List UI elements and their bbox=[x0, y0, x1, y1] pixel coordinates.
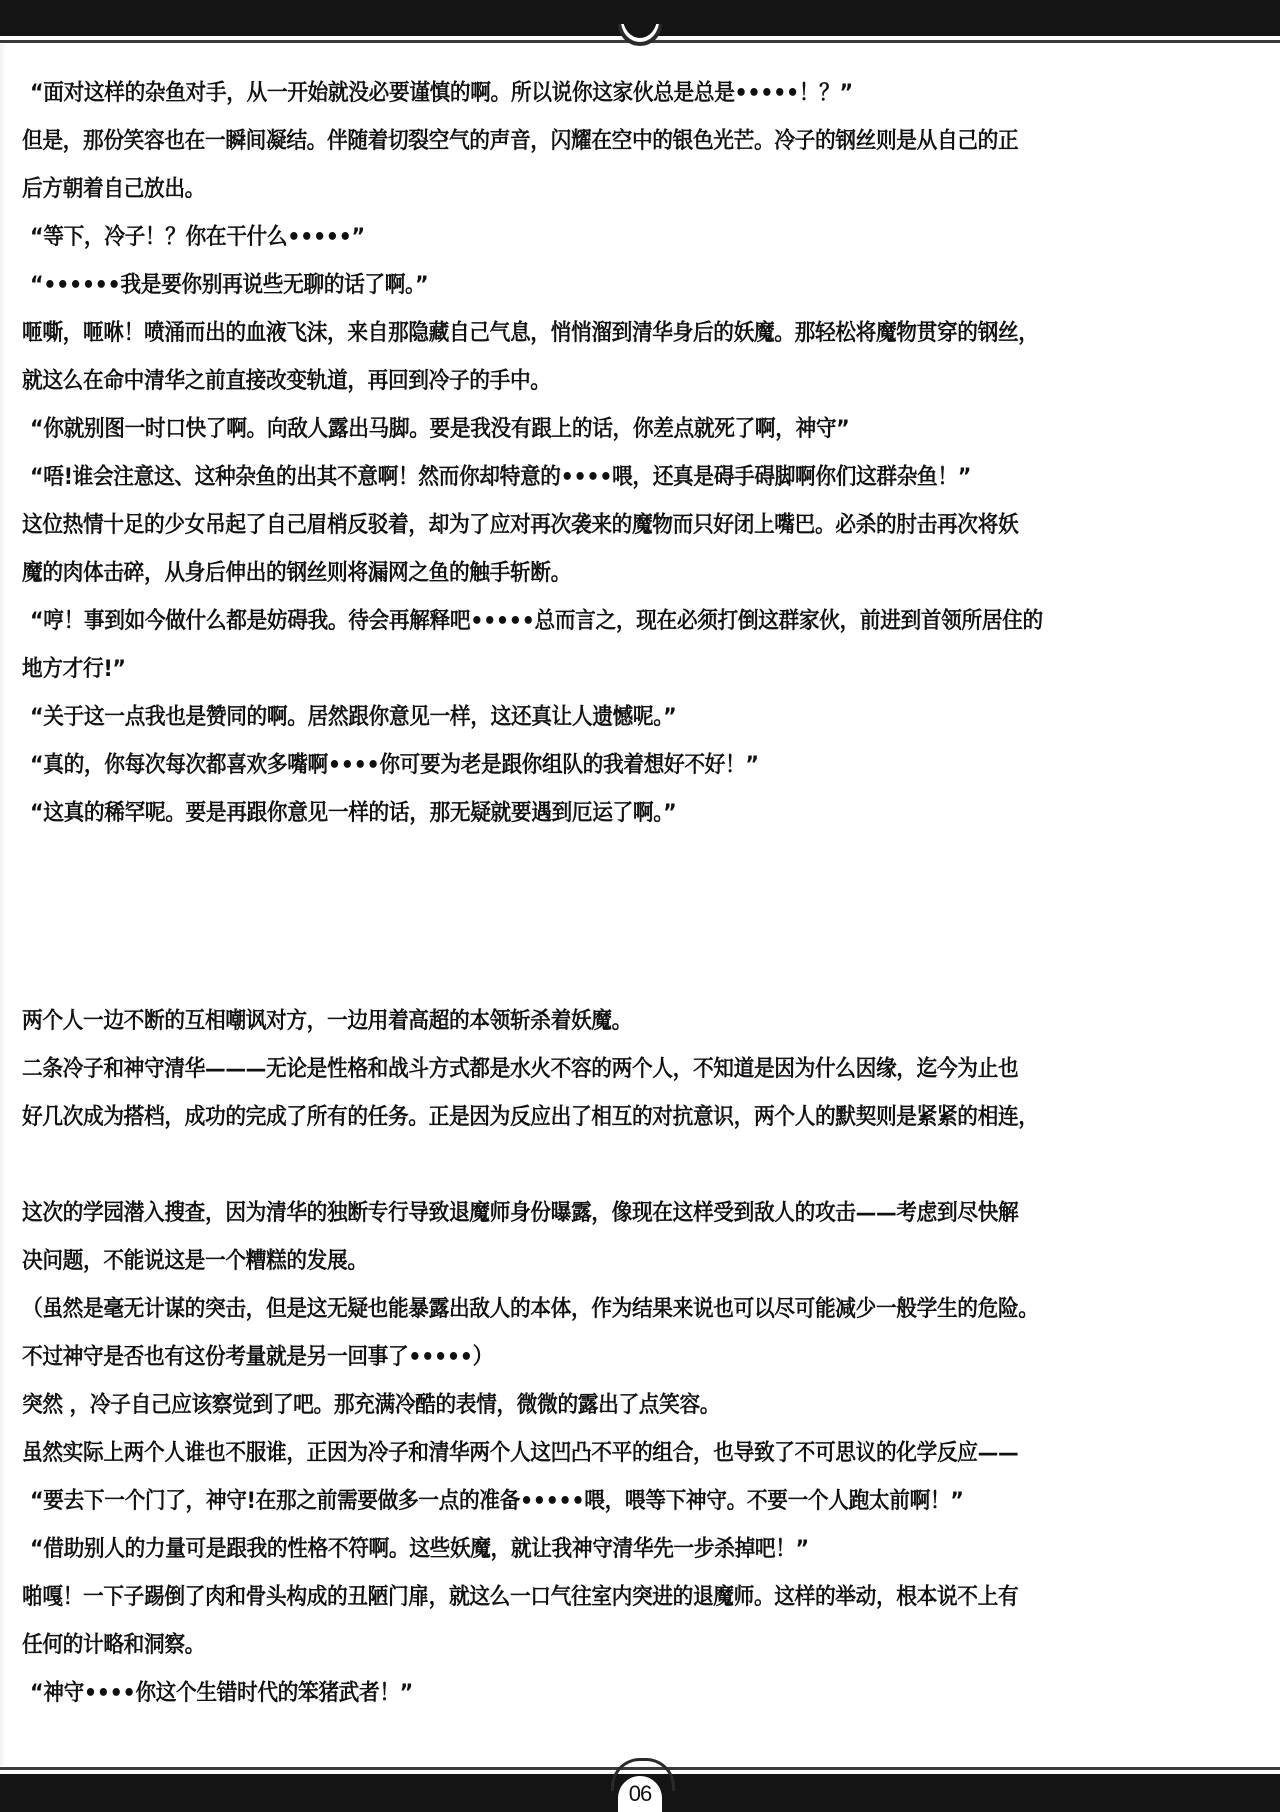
text-line: “哼！事到如今做什么都是妨碍我。待会再解释吧•••••总而言之，现在必须打倒这群… bbox=[30, 606, 1043, 636]
text-line: 这次的学园潜入搜查，因为清华的独断专行导致退魔师身份曝露，像现在这样受到敌人的攻… bbox=[22, 1198, 1018, 1228]
text-line: 就这么在命中清华之前直接改变轨道，再回到冷子的手中。 bbox=[22, 366, 551, 396]
text-line: “等下，冷子！？你在干什么•••••” bbox=[30, 222, 365, 252]
text-line: 但是，那份笑容也在一瞬间凝结。伴随着切裂空气的声音，闪耀在空中的银色光芒。冷子的… bbox=[22, 126, 1018, 156]
text-line: （虽然是毫无计谋的突击，但是这无疑也能暴露出敌人的本体，作为结果来说也可以尽可能… bbox=[22, 1294, 1039, 1324]
text-line: 突然 ，冷子自己应该察觉到了吧。那充满冷酷的表情，微微的露出了点笑容。 bbox=[22, 1390, 720, 1420]
text-line: 地方才行!” bbox=[22, 654, 126, 684]
text-line: 不过神守是否也有这份考量就是另一回事了•••••） bbox=[22, 1342, 493, 1372]
text-line: 魔的肉体击碎，从身后伸出的钢丝则将漏网之鱼的触手斩断。 bbox=[22, 558, 571, 588]
scan-edge-shadow bbox=[0, 44, 6, 1766]
text-line: 后方朝着自己放出。 bbox=[22, 174, 205, 204]
text-line: “要去下一个门了，神守!在那之前需要做多一点的准备•••••喂，喂等下神守。不要… bbox=[30, 1486, 963, 1516]
text-line: “这真的稀罕呢。要是再跟你意见一样的话，那无疑就要遇到厄运了啊。” bbox=[30, 798, 676, 828]
text-line: “真的，你每次每次都喜欢多嘴啊••••你可要为老是跟你组队的我着想好不好！” bbox=[30, 750, 759, 780]
text-line: 啪嘎！一下子踢倒了肉和骨头构成的丑陋门扉，就这么一口气往室内突进的退魔师。这样的… bbox=[22, 1582, 1018, 1612]
text-line: “唔!谁会注意这、这种杂鱼的出其不意啊！然而你却特意的••••喂，还真是碍手碍脚… bbox=[30, 462, 971, 492]
text-line: 好几次成为搭档，成功的完成了所有的任务。正是因为反应出了相互的对抗意识，两个人的… bbox=[22, 1102, 1039, 1132]
page-number: 06 bbox=[618, 1776, 662, 1812]
text-line: 任何的计略和洞察。 bbox=[22, 1630, 205, 1660]
text-line: “你就别图一时口快了啊。向敌人露出马脚。要是我没有跟上的话，你差点就死了啊，神守… bbox=[30, 414, 849, 444]
text-line: 咂嘶，咂咻！喷涌而出的血液飞沫，来自那隐藏自己气息，悄悄溜到清华身后的妖魔。那轻… bbox=[22, 318, 1039, 348]
text-line: 虽然实际上两个人谁也不服谁，正因为冷子和清华两个人这凹凸不平的组合，也导致了不可… bbox=[22, 1438, 1018, 1468]
text-line: 这位热情十足的少女吊起了自己眉梢反驳着，却为了应对再次袭来的魔物而只好闭上嘴巴。… bbox=[22, 510, 1018, 540]
text-line: 二条冷子和神守清华———无论是性格和战斗方式都是水火不容的两个人，不知道是因为什… bbox=[22, 1054, 1018, 1084]
text-line: 两个人一边不断的互相嘲讽对方，一边用着高超的本领斩杀着妖魔。 bbox=[22, 1006, 632, 1036]
text-line: “神守••••你这个生错时代的笨猪武者！” bbox=[30, 1678, 413, 1708]
text-line: 决问题，不能说这是一个糟糕的发展。 bbox=[22, 1246, 368, 1276]
header-ornament-icon bbox=[610, 24, 670, 50]
text-line: “借助别人的力量可是跟我的性格不符啊。这些妖魔，就让我神守清华先一步杀掉吧！” bbox=[30, 1534, 809, 1564]
text-line: “••••••我是要你别再说些无聊的话了啊。” bbox=[30, 270, 428, 300]
text-line: “面对这样的杂鱼对手，从一开始就没必要谨慎的啊。所以说你这家伙总是总是•••••… bbox=[30, 78, 853, 108]
text-line: “关于这一点我也是赞同的啊。居然跟你意见一样，这还真让人遗憾呢。” bbox=[30, 702, 676, 732]
